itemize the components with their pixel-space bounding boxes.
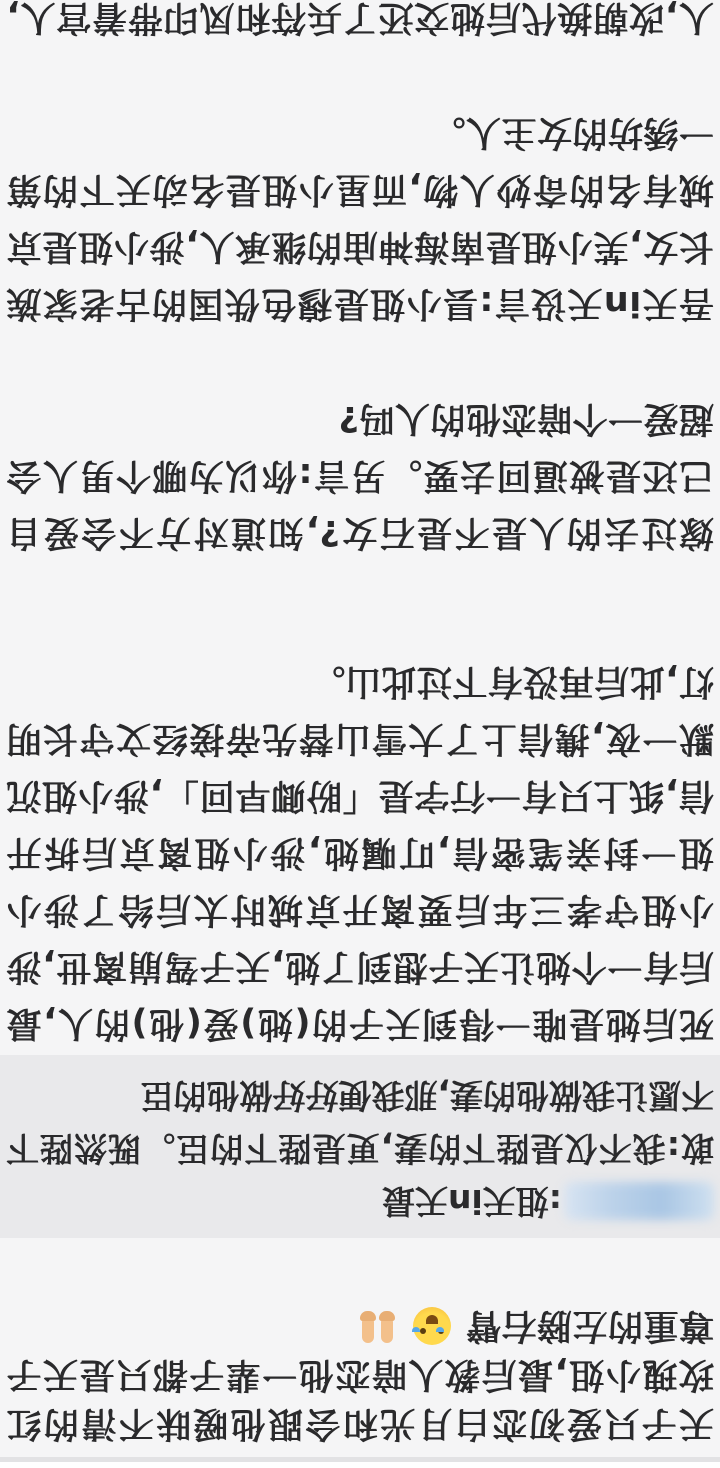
blurred-username[interactable] xyxy=(564,1182,714,1220)
comment-text-5: 人,改朝换代后她交还了兵符和凤印带着宫人,从此退隐江湖。 xyxy=(0,0,720,45)
quoted-username-row: :姐天in天最 xyxy=(6,1175,714,1228)
comment-text-2: 死后她是唯一得到天子的(她)爱(他)的人,最后有一个她让天子想到了她,天子驾崩离… xyxy=(0,652,720,1051)
page-divider xyxy=(0,1457,720,1462)
page-edge-strip xyxy=(0,1462,720,1468)
quoted-username-tail[interactable]: :姐天in天最 xyxy=(382,1182,562,1221)
comment-text-1: 天子只爱初恋白月光和会跟他暧昧不清的红玫瑰小姐,最后教人暗恋他一辈子都只是天子尊… xyxy=(0,1300,720,1447)
quoted-comment-bubble[interactable]: :姐天in天最 敢:我不仅是陛下的妻,更是陛下的臣。既然陛下不愿让我做他的妻,那… xyxy=(0,1055,720,1238)
page-flipped-content: 天子只爱初恋白月光和会跟他暧昧不清的红玫瑰小姐,最后教人暗恋他一辈子都只是天子尊… xyxy=(0,0,720,1468)
comment-text-3: 嫁过去的人是不是石女?,知道对方不会爱自己还是被逼回去要。另言:你以为哪个男人会… xyxy=(0,389,720,560)
quoted-comment-body: 敢:我不仅是陛下的妻,更是陛下的臣。既然陛下不愿让我做他的妻,那我便好好做他的臣 xyxy=(6,1076,714,1168)
comment-list: 天子只爱初恋白月光和会跟他暧昧不清的红玫瑰小姐,最后教人暗恋他一辈子都只是天子尊… xyxy=(0,0,720,1447)
raised-hands-emoji xyxy=(356,1307,396,1345)
rotated-screenshot-page: 天子只爱初恋白月光和会跟他暧昧不清的红玫瑰小姐,最后教人暗恋他一辈子都只是天子尊… xyxy=(0,0,720,1468)
comment-text-4: 吾天in天设言:昙小姐是穆色佚国的古老家族长女,芙小姐是南海神庙的继承人,涉小姐… xyxy=(0,103,720,331)
crying-face-emoji xyxy=(413,1307,451,1345)
